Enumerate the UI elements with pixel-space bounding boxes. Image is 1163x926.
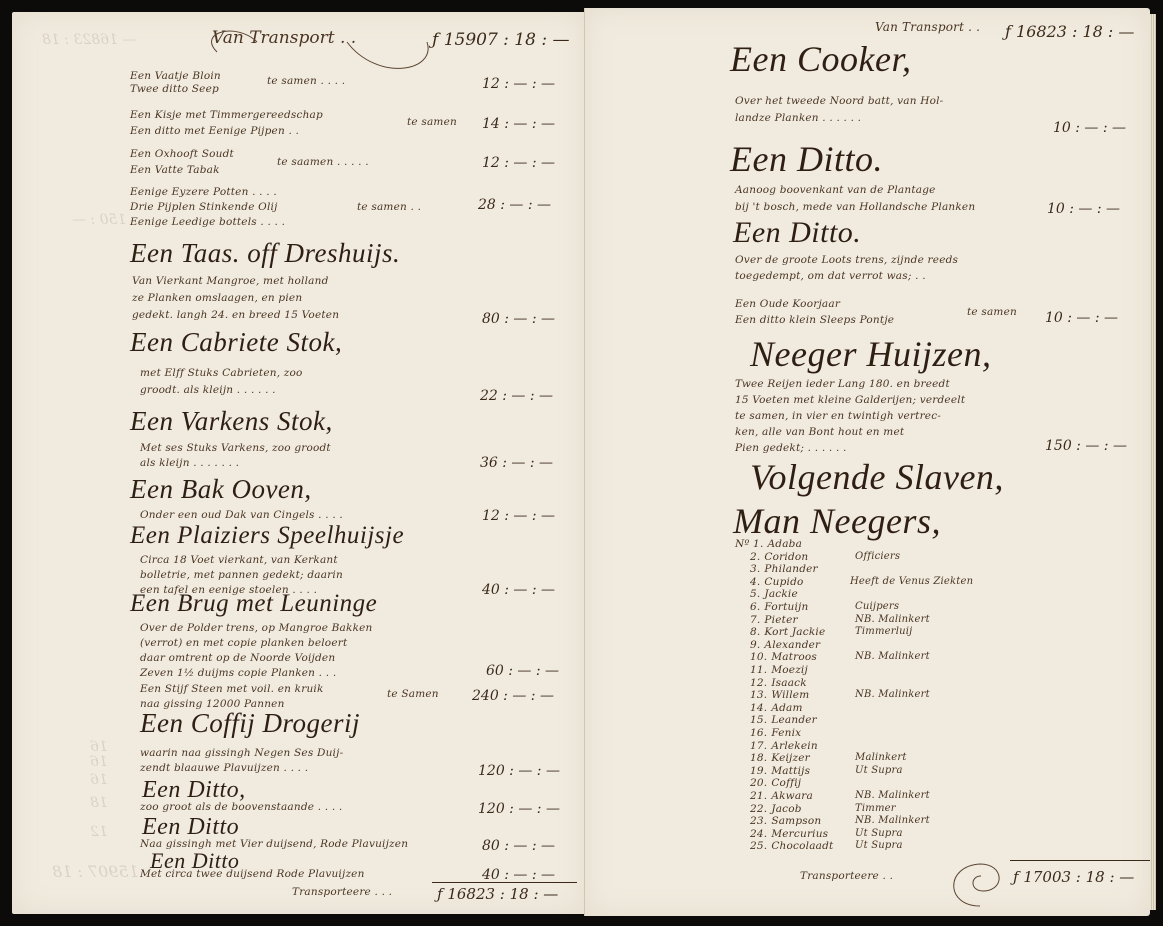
entry-line: Een ditto klein Sleeps Pontje	[735, 314, 894, 326]
list-item: 16.Fenix	[750, 727, 801, 739]
person-name: Coridon	[764, 551, 808, 563]
entry-line: Drie Pijplen Stinkende Olij	[130, 201, 278, 213]
entry-heading: Een Ditto,	[142, 777, 246, 804]
person-number: 12.	[750, 677, 767, 689]
person-name: Fortuijn	[764, 601, 808, 613]
total-rule	[432, 882, 577, 883]
entry-line: daar omtrent op de Noorde Voijden	[140, 652, 335, 664]
bleed-figure: 18	[90, 795, 108, 811]
entry-amount: 12 : — : —	[482, 155, 555, 171]
person-number: 11.	[750, 664, 767, 676]
entry-heading: Een Ditto	[142, 814, 239, 841]
list-item: 2.Coridon	[750, 551, 808, 563]
person-name: Sampson	[771, 815, 821, 827]
person-number: 10.	[750, 651, 767, 663]
entry-amount: 150 : — : —	[1045, 438, 1127, 454]
bracket-note: te saamen . . . . .	[277, 156, 369, 168]
list-item: 20.Coffij	[750, 777, 801, 789]
person-number: 15.	[750, 714, 767, 726]
entry-line: bij 't bosch, mede van Hollandsche Plank…	[735, 201, 975, 213]
person-number: 4.	[750, 576, 760, 588]
page-edge	[1150, 14, 1156, 910]
entry-line: Over de Polder trens, op Mangroe Bakken	[140, 622, 373, 634]
entry-heading: Een Plaiziers Speelhuijsje	[130, 522, 404, 550]
entry-line: Een Vaatje Bloin	[130, 70, 221, 82]
person-name: Willem	[771, 689, 809, 701]
entry-line: waarin naa gissingh Negen Ses Duij-	[140, 747, 343, 759]
person-number: 14.	[750, 702, 767, 714]
person-note: NB. Malinkert	[855, 651, 930, 662]
entry-line: groodt. als kleijn . . . . . .	[140, 384, 276, 396]
bleed-through-top: — 16823 : 18	[42, 32, 136, 48]
person-number: 13.	[750, 689, 767, 701]
person-name: Isaack	[771, 677, 807, 689]
transfer-amount: ƒ 16823 : 18 : —	[437, 885, 558, 903]
person-name: Adaba	[767, 538, 802, 550]
list-item: 4.Cupido	[750, 576, 804, 588]
entry-line: Twee Reijen ieder Lang 180. en breedt	[735, 378, 950, 390]
person-note: Officiers	[855, 551, 900, 562]
entry-amount: 80 : — : —	[482, 838, 555, 854]
person-number: Nº 1.	[735, 538, 763, 550]
entry-amount: 10 : — : —	[1053, 120, 1126, 136]
person-name: Matroos	[771, 651, 817, 663]
list-item: 5.Jackie	[750, 588, 798, 600]
right-page: Van Transport . . ƒ 16823 : 18 : — Een C…	[585, 8, 1150, 916]
entry-heading: Neeger Huijzen,	[750, 333, 991, 375]
entry-heading: Een Ditto.	[733, 216, 861, 250]
entry-amount: 40 : — : —	[482, 867, 555, 883]
entry-line: Zeven 1½ duijms copie Planken . . .	[140, 667, 336, 679]
entry-heading: Een Varkens Stok,	[130, 406, 333, 437]
person-number: 17.	[750, 740, 767, 752]
carried-forward-amount: ƒ 15907 : 18 : —	[432, 30, 569, 50]
entry-line: (verrot) en met copie planken beloert	[140, 637, 347, 649]
person-name: Adam	[771, 702, 802, 714]
entry-line: Met circa twee duijsend Rode Plavuijzen	[140, 868, 365, 880]
entry-amount: 14 : — : —	[482, 116, 555, 132]
entry-amount: 22 : — : —	[480, 388, 553, 404]
person-number: 5.	[750, 588, 760, 600]
person-number: 8.	[750, 626, 760, 638]
person-name: Leander	[771, 714, 817, 726]
entry-amount: 10 : — : —	[1045, 310, 1118, 326]
entry-line: Over de groote Loots trens, zijnde reeds	[735, 254, 958, 266]
entry-amount: 40 : — : —	[482, 582, 555, 598]
list-item: 21.Akwara	[750, 790, 813, 802]
entry-line: Pien gedekt; . . . . . .	[735, 442, 847, 454]
entry-line: toegedempt, om dat verrot was; . .	[735, 270, 926, 282]
entry-line: ze Planken omslaagen, en pien	[132, 292, 302, 304]
entry-line: Een Oxhooft Soudt	[130, 148, 234, 160]
person-number: 6.	[750, 601, 760, 613]
person-name: Jacob	[771, 803, 801, 815]
entry-amount: 36 : — : —	[480, 455, 553, 471]
person-name: Mercurius	[771, 828, 828, 840]
bleed-figure: 16	[90, 754, 108, 770]
bleed-through-mid: 150 : —	[72, 212, 126, 228]
list-item: 15.Leander	[750, 714, 817, 726]
person-number: 23.	[750, 815, 767, 827]
person-note: NB. Malinkert	[855, 815, 930, 826]
person-name: Pieter	[764, 614, 797, 626]
person-number: 3.	[750, 563, 760, 575]
entry-line: Eenige Leedige bottels . . . .	[130, 216, 285, 228]
person-name: Keijzer	[771, 752, 810, 764]
entry-heading: Een Brug met Leuninge	[130, 590, 377, 618]
person-name: Akwara	[771, 790, 813, 802]
person-number: 7.	[750, 614, 760, 626]
person-name: Kort Jackie	[764, 626, 825, 638]
person-name: Fenix	[771, 727, 801, 739]
person-number: 21.	[750, 790, 767, 802]
entry-line: gedekt. langh 24. en breed 15 Voeten	[132, 309, 339, 321]
entry-heading: Een Cooker,	[730, 38, 911, 80]
person-number: 9.	[750, 639, 760, 651]
list-item: 7.Pieter	[750, 614, 798, 626]
entry-line: landze Planken . . . . . .	[735, 112, 861, 124]
person-name: Cupido	[764, 576, 803, 588]
person-note: Heeft de Venus Ziekten	[850, 576, 973, 587]
person-name: Mattijs	[771, 765, 810, 777]
person-name: Chocolaadt	[771, 840, 833, 852]
person-note: Timmer	[855, 803, 896, 814]
list-item: 24.Mercurius	[750, 828, 828, 840]
entry-line: Een Oude Koorjaar	[735, 298, 840, 310]
person-note: Malinkert	[855, 752, 907, 763]
list-item: 8.Kort Jackie	[750, 626, 825, 638]
person-note: Ut Supra	[855, 840, 903, 851]
entry-line: Een Kisje met Timmergereedschap	[130, 109, 323, 121]
person-number: 19.	[750, 765, 767, 777]
entry-amount: 60 : — : —	[486, 663, 559, 679]
entry-line: Over het tweede Noord batt, van Hol-	[735, 95, 943, 107]
transfer-label: Transporteere . . .	[292, 886, 392, 898]
person-number: 24.	[750, 828, 767, 840]
list-item: 23.Sampson	[750, 815, 821, 827]
entry-line: met Elff Stuks Cabrieten, zoo	[140, 367, 303, 379]
bleed-figure: 16	[90, 772, 108, 788]
list-item: Nº 1.Adaba	[735, 538, 802, 550]
left-page: — 16823 : 18 150 : — 15907 : 18 16 16 16…	[12, 12, 585, 914]
list-item: 9.Alexander	[750, 639, 820, 651]
person-note: NB. Malinkert	[855, 790, 930, 801]
entry-heading: Een Bak Ooven,	[130, 474, 312, 505]
person-note: Ut Supra	[855, 828, 903, 839]
person-number: 20.	[750, 777, 767, 789]
bracket-note: te samen . .	[357, 201, 421, 213]
entry-line: Met ses Stuks Varkens, zoo groodt	[140, 442, 331, 454]
person-name: Philander	[764, 563, 817, 575]
entry-line: Circa 18 Voet vierkant, van Kerkant	[140, 554, 338, 566]
list-item: 18.Keijzer	[750, 752, 810, 764]
entry-heading: Een Ditto.	[730, 138, 883, 180]
entry-line: bolletrie, met pannen gedekt; daarin	[140, 569, 343, 581]
entry-amount: 12 : — : —	[482, 508, 555, 524]
bracket-note: te samen	[407, 116, 457, 128]
entry-line: zoo groot als de boovenstaande . . . .	[140, 801, 342, 813]
list-item: 10.Matroos	[750, 651, 817, 663]
person-number: 2.	[750, 551, 760, 563]
entry-line: Eenige Eyzere Potten . . . .	[130, 186, 277, 198]
entry-amount: 10 : — : —	[1047, 201, 1120, 217]
entry-amount: 240 : — : —	[472, 688, 554, 704]
entry-line: Een Vatte Tabak	[130, 164, 220, 176]
section-title: Man Neegers,	[733, 500, 941, 542]
list-item: 14.Adam	[750, 702, 803, 714]
person-number: 16.	[750, 727, 767, 739]
person-name: Jackie	[764, 588, 798, 600]
manuscript-spread: — 16823 : 18 150 : — 15907 : 18 16 16 16…	[0, 0, 1163, 926]
entry-amount: 120 : — : —	[478, 763, 560, 779]
list-item: 11.Moezij	[750, 664, 808, 676]
transfer-flourish	[935, 846, 1025, 921]
entry-amount: 80 : — : —	[482, 311, 555, 327]
entry-heading: Een Cabriete Stok,	[130, 327, 342, 358]
person-number: 22.	[750, 803, 767, 815]
transfer-label: Transporteere . .	[800, 870, 893, 882]
person-number: 25.	[750, 840, 767, 852]
entry-line: Een ditto met Eenige Pijpen . .	[130, 125, 299, 137]
entry-amount: 12 : — : —	[482, 76, 555, 92]
person-number: 18.	[750, 752, 767, 764]
list-item: 22.Jacob	[750, 803, 802, 815]
entry-heading: Een Taas. off Dreshuijs.	[130, 238, 400, 269]
entry-line: 15 Voeten met kleine Galderijen; verdeel…	[735, 394, 965, 406]
bleed-through-bottom: 15907 : 18	[52, 862, 139, 881]
bleed-figure: 12	[90, 824, 108, 840]
entry-line: zendt blaauwe Plavuijzen . . . .	[140, 762, 308, 774]
transfer-amount: ƒ 17003 : 18 : —	[1013, 868, 1134, 886]
list-item: 3.Philander	[750, 563, 818, 575]
person-name: Coffij	[771, 777, 801, 789]
person-name: Arlekein	[771, 740, 817, 752]
entry-line: te samen, in vier en twintigh vertrec-	[735, 410, 941, 422]
entry-heading: Een Coffij Drogerij	[140, 708, 360, 739]
list-item: 19.Mattijs	[750, 765, 810, 777]
entry-amount: 28 : — : —	[478, 197, 551, 213]
bleed-figure: 16	[90, 739, 108, 755]
list-item: 6.Fortuijn	[750, 601, 808, 613]
person-note: Timmerluij	[855, 626, 912, 637]
person-name: Moezij	[771, 664, 808, 676]
carried-forward-label: Van Transport . .	[875, 20, 980, 34]
entry-line: Twee ditto Seep	[130, 83, 219, 95]
person-name: Alexander	[764, 639, 820, 651]
entry-line: Een Stijf Steen met voil. en kruik	[140, 683, 324, 695]
entry-line: als kleijn . . . . . . .	[140, 457, 239, 469]
list-item: 13.Willem	[750, 689, 809, 701]
list-item: 17.Arlekein	[750, 740, 818, 752]
bracket-note: te samen	[967, 306, 1017, 318]
total-rule	[1010, 860, 1150, 861]
entry-amount: 120 : — : —	[478, 801, 560, 817]
entry-line: Onder een oud Dak van Cingels . . . .	[140, 509, 343, 521]
person-note: NB. Malinkert	[855, 614, 930, 625]
entry-line: Aanoog boovenkant van de Plantage	[735, 184, 936, 196]
list-item: 12.Isaack	[750, 677, 807, 689]
section-title: Volgende Slaven,	[750, 456, 1004, 498]
bracket-note: te Samen	[387, 688, 439, 700]
bracket-note: te samen . . . .	[267, 75, 345, 87]
entry-line: Van Vierkant Mangroe, met holland	[132, 275, 329, 287]
person-note: Cuijpers	[855, 601, 899, 612]
entry-line: ken, alle van Bont hout en met	[735, 426, 904, 438]
person-note: Ut Supra	[855, 765, 903, 776]
carried-forward-amount: ƒ 16823 : 18 : —	[1005, 22, 1134, 41]
carried-forward-label: Van Transport . .	[212, 28, 356, 48]
list-item: 25.Chocolaadt	[750, 840, 833, 852]
person-note: NB. Malinkert	[855, 689, 930, 700]
